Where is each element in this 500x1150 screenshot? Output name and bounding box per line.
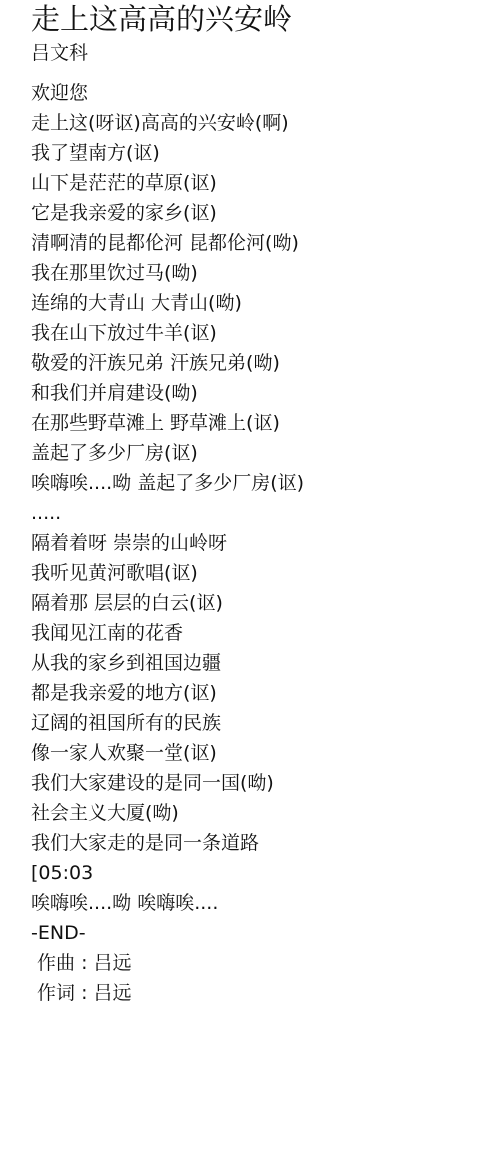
song-title: 走上这高高的兴安岭 — [31, 0, 292, 38]
lyric-line: 在那些野草滩上 野草滩上(讴) — [31, 408, 304, 438]
lyric-line: 社会主义大厦(呦) — [31, 798, 304, 828]
lyric-line: 我在那里饮过马(呦) — [31, 258, 304, 288]
lyric-line: 唉嗨唉....呦 唉嗨唉.... — [31, 888, 304, 918]
timestamp-line: [05:03 — [31, 858, 304, 888]
lyric-line: 唉嗨唉....呦 盖起了多少厂房(讴) — [31, 468, 304, 498]
lyric-line: ..... — [31, 498, 304, 528]
lyric-line: 都是我亲爱的地方(讴) — [31, 678, 304, 708]
song-artist: 吕文科 — [31, 40, 88, 66]
lyric-line: 隔着那 层层的白云(讴) — [31, 588, 304, 618]
lyric-line: 和我们并肩建设(呦) — [31, 378, 304, 408]
lyric-line: 我了望南方(讴) — [31, 138, 304, 168]
lyric-line: 我们大家走的是同一条道路 — [31, 828, 304, 858]
composer-credit: 作曲 : 吕远 — [31, 948, 304, 978]
lyric-line: 辽阔的祖国所有的民族 — [31, 708, 304, 738]
lyric-line: 盖起了多少厂房(讴) — [31, 438, 304, 468]
end-marker: -END- — [31, 918, 304, 948]
lyric-line: 敬爱的汗族兄弟 汗族兄弟(呦) — [31, 348, 304, 378]
lyric-line: 清啊清的昆都伦河 昆都伦河(呦) — [31, 228, 304, 258]
lyric-line: 从我的家乡到祖国边疆 — [31, 648, 304, 678]
lyrics-list: 欢迎您 走上这(呀讴)高高的兴安岭(啊) 我了望南方(讴) 山下是茫茫的草原(讴… — [31, 78, 304, 1008]
lyric-line: 我们大家建设的是同一国(呦) — [31, 768, 304, 798]
lyric-line: 像一家人欢聚一堂(讴) — [31, 738, 304, 768]
lyric-line: 走上这(呀讴)高高的兴安岭(啊) — [31, 108, 304, 138]
lyric-line: 它是我亲爱的家乡(讴) — [31, 198, 304, 228]
lyric-line: 我听见黄河歌唱(讴) — [31, 558, 304, 588]
lyric-line: 连绵的大青山 大青山(呦) — [31, 288, 304, 318]
lyric-line: 隔着着呀 崇崇的山岭呀 — [31, 528, 304, 558]
lyric-line: 我在山下放过牛羊(讴) — [31, 318, 304, 348]
lyric-line: 我闻见江南的花香 — [31, 618, 304, 648]
lyric-line: 欢迎您 — [31, 78, 304, 108]
lyric-line: 山下是茫茫的草原(讴) — [31, 168, 304, 198]
lyricist-credit: 作词 : 吕远 — [31, 978, 304, 1008]
